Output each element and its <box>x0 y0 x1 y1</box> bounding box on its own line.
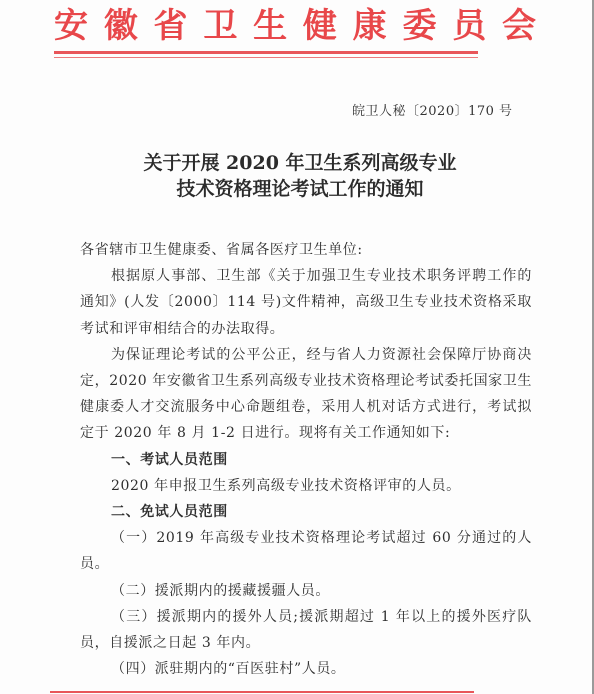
letterhead-org-name: 安徽省卫生健康委员会 <box>54 4 538 48</box>
document-title-line-1: 关于开展 2020 年卫生系列高级专业 <box>100 150 500 176</box>
page-bottom-red-rule <box>50 691 474 693</box>
document-title-line-2: 技术资格理论考试工作的通知 <box>100 176 500 202</box>
paragraph: 根据原人事部、卫生部《关于加强卫生专业技术职务评聘工作的通知》(人发〔2000〕… <box>80 263 532 342</box>
letterhead-red-rule-thin <box>54 57 478 58</box>
section-item: （四）派驻期内的“百医驻村”人员。 <box>80 656 532 682</box>
section-heading: 二、免试人员范围 <box>80 499 532 525</box>
salutation: 各省辖市卫生健康委、省属各医疗卫生单位: <box>80 237 532 263</box>
section-item: （二）援派期内的援藏援疆人员。 <box>80 578 532 604</box>
document-page: 安徽省卫生健康委员会 皖卫人秘〔2020〕170 号 关于开展 2020 年卫生… <box>0 0 594 694</box>
document-number: 皖卫人秘〔2020〕170 号 <box>352 100 513 119</box>
document-title: 关于开展 2020 年卫生系列高级专业 技术资格理论考试工作的通知 <box>100 150 500 202</box>
section-item: （一）2019 年高级专业技术资格理论考试超过 60 分通过的人员。 <box>80 525 532 577</box>
paragraph: 为保证理论考试的公平公正，经与省人力资源社会保障厅协商决定，2020 年安徽省卫… <box>80 342 532 447</box>
section-item: （三）援派期内的援外人员;援派期超过 1 年以上的援外医疗队员，自援派之日起 3… <box>80 604 532 656</box>
section-item: 2020 年申报卫生系列高级专业技术资格评审的人员。 <box>80 473 532 499</box>
letterhead-red-rule-thick <box>54 51 478 54</box>
section-heading: 一、考试人员范围 <box>80 447 532 473</box>
document-body: 各省辖市卫生健康委、省属各医疗卫生单位: 根据原人事部、卫生部《关于加强卫生专业… <box>80 237 532 682</box>
